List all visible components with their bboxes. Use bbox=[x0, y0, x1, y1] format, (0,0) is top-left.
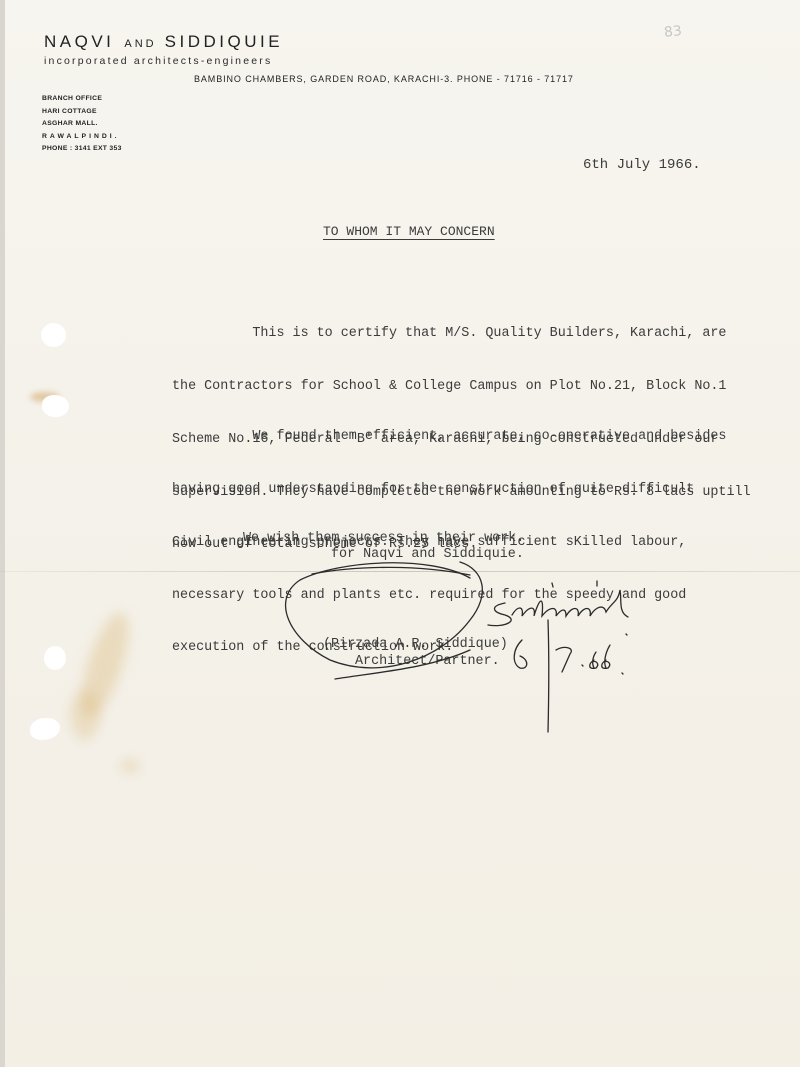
handwritten-signature-icon bbox=[0, 0, 800, 1067]
letter-page: NAQVIANDSIDDIQUIE incorporated architect… bbox=[0, 0, 800, 1067]
